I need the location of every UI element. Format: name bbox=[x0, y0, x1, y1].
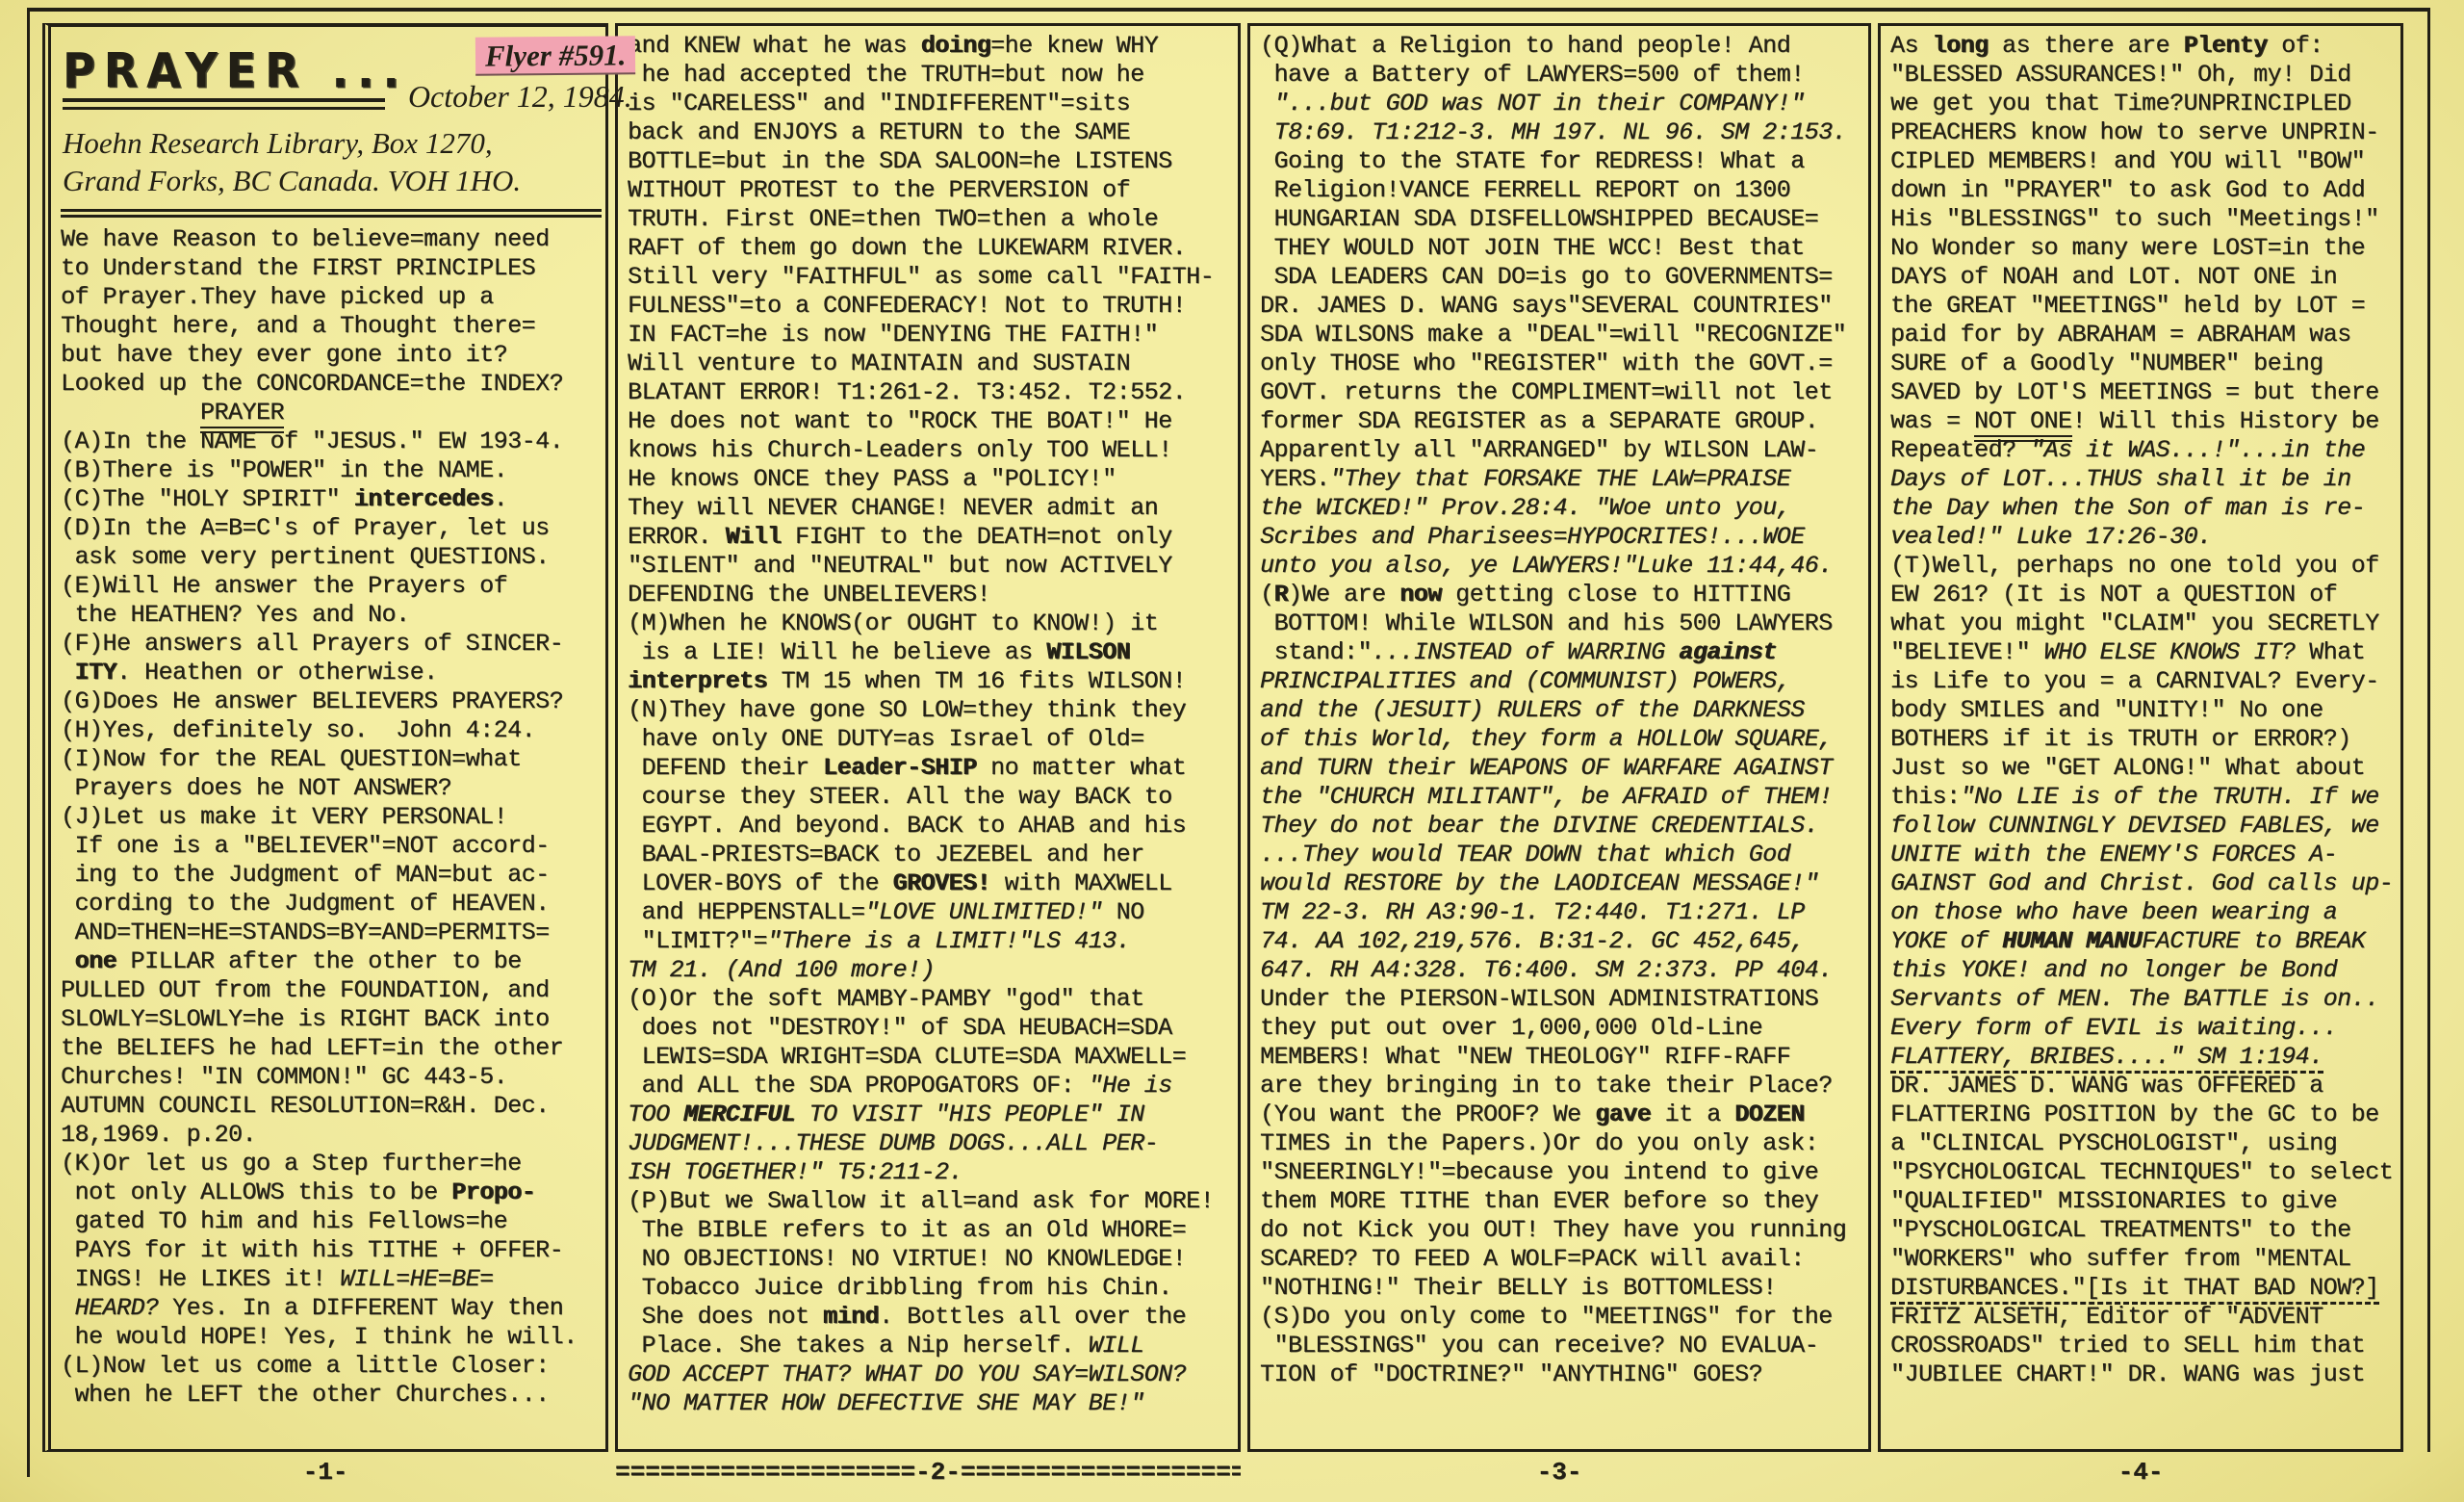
outer-border-right bbox=[2427, 8, 2430, 1452]
text-line: (R)We are now getting close to HITTING bbox=[1260, 581, 1864, 609]
masthead: PRAYER ... Flyer #591. October 12, 1984.… bbox=[61, 33, 602, 218]
text-line: Looked up the CONCORDANCE=the INDEX? bbox=[61, 370, 602, 399]
text-line: "NOTHING!" Their BELLY is BOTTOMLESS! bbox=[1260, 1274, 1864, 1303]
text-line: He knows ONCE they PASS a "POLICY!" bbox=[628, 465, 1234, 494]
text-line: do not Kick you OUT! They have you runni… bbox=[1260, 1216, 1864, 1245]
text-line: MEMBERS! What "NEW THEOLOGY" RIFF-RAFF bbox=[1260, 1043, 1864, 1072]
text-line: ITY. Heathen or otherwise. bbox=[61, 659, 602, 687]
text-line: IN FACT=he is now "DENYING THE FAITH!" bbox=[628, 321, 1234, 350]
text-line: one PILLAR after the other to be bbox=[61, 947, 602, 976]
publisher-address: Hoehn Research Library, Box 1270, Grand … bbox=[63, 124, 600, 199]
text-line: We have Reason to believe=many need bbox=[61, 225, 602, 254]
text-line: what you might "CLAIM" you SECRETLY bbox=[1890, 609, 2397, 638]
page-number-1: -1- bbox=[42, 1458, 608, 1487]
text-line: BAAL-PRIESTS=BACK to JEZEBEL and her bbox=[628, 841, 1234, 869]
text-line: TION of "DOCTRINE?" "ANYTHING" GOES? bbox=[1260, 1360, 1864, 1389]
text-line: Apparently all "ARRANGED" by WILSON LAW- bbox=[1260, 436, 1864, 465]
text-line: we get you that Time?UNPRINCIPLED bbox=[1890, 90, 2397, 118]
text-line: TRUTH. First ONE=then TWO=then a whole bbox=[628, 205, 1234, 234]
text-line: FLATTERY, BRIBES...." SM 1:194. bbox=[1890, 1043, 2397, 1072]
text-line: ask some very pertinent QUESTIONS. bbox=[61, 543, 602, 572]
page-title: PRAYER ... bbox=[63, 42, 408, 98]
text-line: would RESTORE by the LAODICEAN MESSAGE!" bbox=[1260, 869, 1864, 898]
column-3: (Q)What a Religion to hand people! And h… bbox=[1247, 23, 1871, 1452]
text-line: "PSYCHOLOGICAL TECHNIQUES" to select bbox=[1890, 1158, 2397, 1187]
text-line: GOVT. returns the COMPLIMENT=will not le… bbox=[1260, 378, 1864, 407]
text-line: YOKE of HUMAN MANUFACTURE to BREAK bbox=[1890, 927, 2397, 956]
text-line: (D)In the A=B=C's of Prayer, let us bbox=[61, 514, 602, 543]
text-line: the HEATHEN? Yes and No. bbox=[61, 601, 602, 630]
text-line: JUDGMENT!...THESE DUMB DOGS...ALL PER- bbox=[628, 1129, 1234, 1158]
outer-border-top bbox=[29, 8, 2429, 12]
text-line: T8:69. T1:212-3. MH 197. NL 96. SM 2:153… bbox=[1260, 118, 1864, 147]
text-line: TM 21. (And 100 more!) bbox=[628, 956, 1234, 985]
column-1: PRAYER ... Flyer #591. October 12, 1984.… bbox=[42, 23, 608, 1452]
text-line: and TURN their WEAPONS OF WARFARE AGAINS… bbox=[1260, 754, 1864, 783]
text-line: 647. RH A4:328. T6:400. SM 2:373. PP 404… bbox=[1260, 956, 1864, 985]
text-line: NO OBJECTIONS! NO VIRTUE! NO KNOWLEDGE! bbox=[628, 1245, 1234, 1274]
address-line-1: Hoehn Research Library, Box 1270, bbox=[63, 124, 600, 162]
page-number-4: -4- bbox=[1878, 1458, 2403, 1487]
text-line: (I)Now for the REAL QUESTION=what bbox=[61, 745, 602, 774]
text-line: Just so we "GET ALONG!" What about bbox=[1890, 754, 2397, 783]
text-line: "BLESSED ASSURANCES!" Oh, my! Did bbox=[1890, 61, 2397, 90]
columns-container: PRAYER ... Flyer #591. October 12, 1984.… bbox=[42, 23, 2403, 1452]
column-2: and KNEW what he was doing=he knew WHY h… bbox=[615, 23, 1241, 1452]
text-line: ...They would TEAR DOWN that which God bbox=[1260, 841, 1864, 869]
text-line: a "CLINICAL PYSCHOLOGIST", using bbox=[1890, 1129, 2397, 1158]
text-line: the Day when the Son of man is re- bbox=[1890, 494, 2397, 523]
text-line: WITHOUT PROTEST to the PERVERSION of bbox=[628, 176, 1234, 205]
text-line: down in "PRAYER" to ask God to Add bbox=[1890, 176, 2397, 205]
text-line: PRAYER bbox=[61, 399, 602, 427]
text-line: YERS."They that FORSAKE THE LAW=PRAISE bbox=[1260, 465, 1864, 494]
text-line: cording to the Judgment of HEAVEN. bbox=[61, 890, 602, 919]
text-line: (E)Will He answer the Prayers of bbox=[61, 572, 602, 601]
text-line: GAINST God and Christ. God calls up- bbox=[1890, 869, 2397, 898]
text-line: TIMES in the Papers.)Or do you only ask: bbox=[1260, 1129, 1864, 1158]
text-line: course they STEER. All the way BACK to bbox=[628, 783, 1234, 812]
text-line: Servants of MEN. The BATTLE is on.. bbox=[1890, 985, 2397, 1014]
text-line: PAYS for it with his TITHE + OFFER- bbox=[61, 1236, 602, 1265]
text-line: but have they ever gone into it? bbox=[61, 341, 602, 370]
text-line: they put out over 1,000,000 Old-Line bbox=[1260, 1014, 1864, 1043]
text-line: DAYS of NOAH and LOT. NOT ONE in bbox=[1890, 263, 2397, 292]
text-line: he would HOPE! Yes, I think he will. bbox=[61, 1323, 602, 1352]
text-line: "JUBILEE CHART!" DR. WANG was just bbox=[1890, 1360, 2397, 1389]
text-line: TM 22-3. RH A3:90-1. T2:440. T1:271. LP bbox=[1260, 898, 1864, 927]
text-line: The BIBLE refers to it as an Old WHORE= bbox=[628, 1216, 1234, 1245]
text-line: and KNEW what he was doing=he knew WHY bbox=[628, 32, 1234, 61]
text-line: ing to the Judgment of MAN=but ac- bbox=[61, 861, 602, 890]
text-line: interprets TM 15 when TM 16 fits WILSON! bbox=[628, 667, 1234, 696]
column-2-text: and KNEW what he was doing=he knew WHY h… bbox=[628, 32, 1234, 1418]
text-line: is "CARELESS" and "INDIFFERENT"=sits bbox=[628, 90, 1234, 118]
text-line: to Understand the FIRST PRINCIPLES bbox=[61, 254, 602, 283]
scanned-flyer-page: PRAYER ... Flyer #591. October 12, 1984.… bbox=[0, 0, 2464, 1502]
text-line: follow CUNNINGLY DEVISED FABLES, we bbox=[1890, 812, 2397, 841]
text-line: PULLED OUT from the FOUNDATION, and bbox=[61, 976, 602, 1005]
text-line: "PYSCHOLOGICAL TREATMENTS" to the bbox=[1890, 1216, 2397, 1245]
text-line: RAFT of them go down the LUKEWARM RIVER. bbox=[628, 234, 1234, 263]
text-line: Will venture to MAINTAIN and SUSTAIN bbox=[628, 350, 1234, 378]
text-line: of Prayer.They have picked up a bbox=[61, 283, 602, 312]
text-line: (C)The "HOLY SPIRIT" intercedes. bbox=[61, 485, 602, 514]
text-line: EGYPT. And beyond. BACK to AHAB and his bbox=[628, 812, 1234, 841]
text-line: DR. JAMES D. WANG was OFFERED a bbox=[1890, 1072, 2397, 1101]
text-line: DEFEND their Leader-SHIP no matter what bbox=[628, 754, 1234, 783]
issue-date: October 12, 1984. bbox=[408, 79, 636, 115]
text-line: PRINCIPALITIES and (COMMUNIST) POWERS, bbox=[1260, 667, 1864, 696]
text-line: when he LEFT the other Churches... bbox=[61, 1381, 602, 1410]
text-line: the BELIEFS he had LEFT=in the other bbox=[61, 1034, 602, 1063]
text-line: As long as there are Plenty of: bbox=[1890, 32, 2397, 61]
text-line: he had accepted the TRUTH=but now he bbox=[628, 61, 1234, 90]
text-line: of this World, they form a HOLLOW SQUARE… bbox=[1260, 725, 1864, 754]
text-line: UNITE with the ENEMY'S FORCES A- bbox=[1890, 841, 2397, 869]
text-line: (P)But we Swallow it all=and ask for MOR… bbox=[628, 1187, 1234, 1216]
text-line: SCARED? TO FEED A WOLF=PACK will avail: bbox=[1260, 1245, 1864, 1274]
text-line: the GREAT "MEETINGS" held by LOT = bbox=[1890, 292, 2397, 321]
text-line: this:"No LIE is of the TRUTH. If we bbox=[1890, 783, 2397, 812]
text-line: (N)They have gone SO LOW=they think they bbox=[628, 696, 1234, 725]
text-line: the "CHURCH MILITANT", be AFRAID of THEM… bbox=[1260, 783, 1864, 812]
text-line: "LIMIT?"="There is a LIMIT!"LS 413. bbox=[628, 927, 1234, 956]
text-line: Tobacco Juice dribbling from his Chin. bbox=[628, 1274, 1234, 1303]
text-line: DEFENDING the UNBELIEVERS! bbox=[628, 581, 1234, 609]
text-line: Churches! "IN COMMON!" GC 443-5. bbox=[61, 1063, 602, 1092]
text-line: "QUALIFIED" MISSIONARIES to give bbox=[1890, 1187, 2397, 1216]
text-line: DISTURBANCES."[Is it THAT BAD NOW?] bbox=[1890, 1274, 2397, 1303]
text-line: LEWIS=SDA WRIGHT=SDA CLUTE=SDA MAXWELL= bbox=[628, 1043, 1234, 1072]
text-line: PREACHERS know how to serve UNPRIN- bbox=[1890, 118, 2397, 147]
page-number-2: ====================-2-=================… bbox=[615, 1458, 1241, 1487]
text-line: stand:"...INSTEAD of WARRING against bbox=[1260, 638, 1864, 667]
text-line: this YOKE! and no longer be Bond bbox=[1890, 956, 2397, 985]
text-line: and the (JESUIT) RULERS of the DARKNESS bbox=[1260, 696, 1864, 725]
text-line: HEARD? Yes. In a DIFFERENT Way then bbox=[61, 1294, 602, 1323]
text-line: CROSSROADS" tried to SELL him that bbox=[1890, 1332, 2397, 1360]
flyer-number-highlight: Flyer #591. bbox=[475, 36, 636, 75]
text-line: DR. JAMES D. WANG says"SEVERAL COUNTRIES… bbox=[1260, 292, 1864, 321]
text-line: have a Battery of LAWYERS=500 of them! bbox=[1260, 61, 1864, 90]
text-line: only THOSE who "REGISTER" with the GOVT.… bbox=[1260, 350, 1864, 378]
column-4: As long as there are Plenty of:"BLESSED … bbox=[1878, 23, 2403, 1452]
text-line: 18,1969. p.20. bbox=[61, 1121, 602, 1150]
text-line: Still very "FAITHFUL" as some call "FAIT… bbox=[628, 263, 1234, 292]
text-line: (You want the PROOF? We gave it a DOZEN bbox=[1260, 1101, 1864, 1129]
text-line: "...but GOD was NOT in their COMPANY!" bbox=[1260, 90, 1864, 118]
text-line: body SMILES and "UNITY!" No one bbox=[1890, 696, 2397, 725]
text-line: BOTTLE=but in the SDA SALOON=he LISTENS bbox=[628, 147, 1234, 176]
text-line: Going to the STATE for REDRESS! What a bbox=[1260, 147, 1864, 176]
text-line: "SNEERINGLY!"=because you intend to give bbox=[1260, 1158, 1864, 1187]
text-line: paid for by ABRAHAM = ABRAHAM was bbox=[1890, 321, 2397, 350]
text-line: Under the PIERSON-WILSON ADMINISTRATIONS bbox=[1260, 985, 1864, 1014]
text-line: THEY WOULD NOT JOIN THE WCC! Best that bbox=[1260, 234, 1864, 263]
text-line: (B)There is "POWER" in the NAME. bbox=[61, 456, 602, 485]
title-block: PRAYER ... bbox=[63, 37, 408, 110]
text-line: Repeated? "As it WAS...!"...in the bbox=[1890, 436, 2397, 465]
text-line: "BLESSINGS" you can receive? NO EVALUA- bbox=[1260, 1332, 1864, 1360]
text-line: BOTHERS if it is TRUTH or ERROR?) bbox=[1890, 725, 2397, 754]
text-line: does not "DESTROY!" of SDA HEUBACH=SDA bbox=[628, 1014, 1234, 1043]
address-line-2: Grand Forks, BC Canada. VOH 1HO. bbox=[63, 162, 600, 199]
title-underline bbox=[63, 98, 385, 110]
text-line: (G)Does He answer BELIEVERS PRAYERS? bbox=[61, 687, 602, 716]
text-line: SURE of a Goodly "NUMBER" being bbox=[1890, 350, 2397, 378]
text-line: are they bringing in to take their Place… bbox=[1260, 1072, 1864, 1101]
page-number-3: -3- bbox=[1247, 1458, 1871, 1487]
text-line: SDA WILSONS make a "DEAL"=will "RECOGNIZ… bbox=[1260, 321, 1864, 350]
text-line: ERROR. Will FIGHT to the DEATH=not only bbox=[628, 523, 1234, 552]
text-line: "BELIEVE!" WHO ELSE KNOWS IT? What bbox=[1890, 638, 2397, 667]
text-line: gated TO him and his Fellows=he bbox=[61, 1207, 602, 1236]
text-line: "WORKERS" who suffer from "MENTAL bbox=[1890, 1245, 2397, 1274]
text-line: (T)Well, perhaps no one told you of bbox=[1890, 552, 2397, 581]
text-line: (K)Or let us go a Step further=he bbox=[61, 1150, 602, 1178]
text-line: He does not want to "ROCK THE BOAT!" He bbox=[628, 407, 1234, 436]
page-footer: -1- ====================-2-=============… bbox=[42, 1458, 2403, 1487]
text-line: INGS! He LIKES it! WILL=HE=BE= bbox=[61, 1265, 602, 1294]
column-4-text: As long as there are Plenty of:"BLESSED … bbox=[1890, 32, 2397, 1389]
text-line: (M)When he KNOWS(or OUGHT to KNOW!) it bbox=[628, 609, 1234, 638]
text-line: "NO MATTER HOW DEFECTIVE SHE MAY BE!" bbox=[628, 1389, 1234, 1418]
text-line: She does not mind. Bottles all over the bbox=[628, 1303, 1234, 1332]
text-line: No Wonder so many were LOST=in the bbox=[1890, 234, 2397, 263]
text-line: BLATANT ERROR! T1:261-2. T3:452. T2:552. bbox=[628, 378, 1234, 407]
text-line: (S)Do you only come to "MEETINGS" for th… bbox=[1260, 1303, 1864, 1332]
text-line: HUNGARIAN SDA DISFELLOWSHIPPED BECAUSE= bbox=[1260, 205, 1864, 234]
text-line: TOO MERCIFUL TO VISIT "HIS PEOPLE" IN bbox=[628, 1101, 1234, 1129]
text-line: (Q)What a Religion to hand people! And bbox=[1260, 32, 1864, 61]
text-line: Thought here, and a Thought there= bbox=[61, 312, 602, 341]
text-line: AND=THEN=HE=STANDS=BY=AND=PERMITS= bbox=[61, 919, 602, 947]
issue-block: Flyer #591. October 12, 1984. bbox=[408, 37, 636, 115]
text-line: former SDA REGISTER as a SEPARATE GROUP. bbox=[1260, 407, 1864, 436]
text-line: 74. AA 102,219,576. B:31-2. GC 452,645, bbox=[1260, 927, 1864, 956]
text-line: EW 261? (It is NOT a QUESTION of bbox=[1890, 581, 2397, 609]
text-line: (L)Now let us come a little Closer: bbox=[61, 1352, 602, 1381]
text-line: knows his Church-Leaders only TOO WELL! bbox=[628, 436, 1234, 465]
text-line: vealed!" Luke 17:26-30. bbox=[1890, 523, 2397, 552]
text-line: is a LIE! Will he believe as WILSON bbox=[628, 638, 1234, 667]
column-3-text: (Q)What a Religion to hand people! And h… bbox=[1260, 32, 1864, 1389]
text-line: Religion!VANCE FERRELL REPORT on 1300 bbox=[1260, 176, 1864, 205]
text-line: (H)Yes, definitely so. John 4:24. bbox=[61, 716, 602, 745]
text-line: If one is a "BELIEVER"=NOT accord- bbox=[61, 832, 602, 861]
text-line: AUTUMN COUNCIL RESOLUTION=R&H. Dec. bbox=[61, 1092, 602, 1121]
text-line: back and ENJOYS a RETURN to the SAME bbox=[628, 118, 1234, 147]
text-line: SLOWLY=SLOWLY=he is RIGHT BACK into bbox=[61, 1005, 602, 1034]
text-line: BOTTOM! While WILSON and his 500 LAWYERS bbox=[1260, 609, 1864, 638]
text-line: FLATTERING POSITION by the GC to be bbox=[1890, 1101, 2397, 1129]
text-line: FULNESS"=to a CONFEDERACY! Not to TRUTH! bbox=[628, 292, 1234, 321]
text-line: (J)Let us make it VERY PERSONAL! bbox=[61, 803, 602, 832]
text-line: and ALL the SDA PROPOGATORS OF: "He is bbox=[628, 1072, 1234, 1101]
text-line: (A)In the NAME of "JESUS." EW 193-4. bbox=[61, 427, 602, 456]
text-line: Every form of EVIL is waiting... bbox=[1890, 1014, 2397, 1043]
text-line: FRITZ ALSETH, Editor of "ADVENT bbox=[1890, 1303, 2397, 1332]
text-line: SDA LEADERS CAN DO=is go to GOVERNMENTS= bbox=[1260, 263, 1864, 292]
text-line: them MORE TITHE than EVER before so they bbox=[1260, 1187, 1864, 1216]
text-line: ISH TOGETHER!" T5:211-2. bbox=[628, 1158, 1234, 1187]
text-line: and HEPPENSTALL="LOVE UNLIMITED!" NO bbox=[628, 898, 1234, 927]
text-line: not only ALLOWS this to be Propo- bbox=[61, 1178, 602, 1207]
text-line: CIPLED MEMBERS! and YOU will "BOW" bbox=[1890, 147, 2397, 176]
text-line: Place. She takes a Nip herself. WILL bbox=[628, 1332, 1234, 1360]
column-1-text: We have Reason to believe=many needto Un… bbox=[61, 225, 602, 1410]
text-line: Prayers does he NOT ANSWER? bbox=[61, 774, 602, 803]
text-line: They will NEVER CHANGE! NEVER admit an bbox=[628, 494, 1234, 523]
text-line: GOD ACCEPT THAT? WHAT DO YOU SAY=WILSON? bbox=[628, 1360, 1234, 1389]
text-line: SAVED by LOT'S MEETINGS = but there bbox=[1890, 378, 2397, 407]
text-line: His "BLESSINGS" to such "Meetings!" bbox=[1890, 205, 2397, 234]
text-line: (F)He answers all Prayers of SINCER- bbox=[61, 630, 602, 659]
text-line: "SILENT" and "NEUTRAL" but now ACTIVELY bbox=[628, 552, 1234, 581]
text-line: LOVER-BOYS of the GROVES! with MAXWELL bbox=[628, 869, 1234, 898]
text-line: was = NOT ONE! Will this History be bbox=[1890, 407, 2397, 436]
text-line: (O)Or the soft MAMBY-PAMBY "god" that bbox=[628, 985, 1234, 1014]
text-line: Scribes and Pharisees=HYPOCRITES!...WOE bbox=[1260, 523, 1864, 552]
text-line: have only ONE DUTY=as Israel of Old= bbox=[628, 725, 1234, 754]
text-line: is Life to you = a CARNIVAL? Every- bbox=[1890, 667, 2397, 696]
text-line: Days of LOT...THUS shall it be in bbox=[1890, 465, 2397, 494]
text-line: the WICKED!" Prov.28:4. "Woe unto you, bbox=[1260, 494, 1864, 523]
text-line: on those who have been wearing a bbox=[1890, 898, 2397, 927]
text-line: They do not bear the DIVINE CREDENTIALS. bbox=[1260, 812, 1864, 841]
text-line: unto you also, ye LAWYERS!"Luke 11:44,46… bbox=[1260, 552, 1864, 581]
outer-border-left bbox=[27, 8, 30, 1477]
